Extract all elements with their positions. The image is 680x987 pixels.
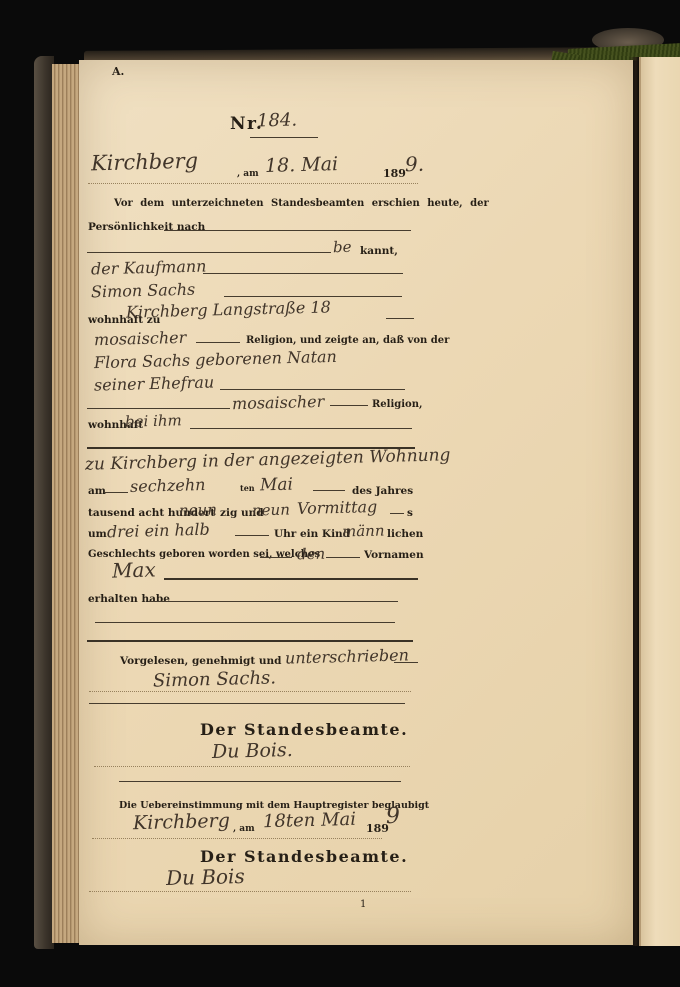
filler-dash: [235, 535, 269, 536]
entry-rule: [87, 640, 413, 642]
filler-dash: [326, 557, 360, 558]
birth-time: drei ein halb: [107, 522, 210, 541]
certification-statement: Die Uebereinstimmung mit dem Hauptregist…: [119, 801, 429, 811]
entry-rule: [119, 781, 401, 782]
declarant-address: Kirchberg Langstraße 18: [126, 299, 331, 320]
mother-name: Flora Sachs geborenen Natan: [94, 349, 337, 371]
entry-rule: [89, 703, 405, 704]
filler-dash: [260, 557, 292, 558]
declarant-religion: mosaischer: [94, 330, 187, 348]
signature-underline: [89, 691, 411, 692]
filler-dash: [394, 662, 418, 663]
facing-page-edge: [639, 57, 680, 946]
registrar-signature: Du Bois.: [212, 741, 293, 762]
bekannt-hand: be: [333, 240, 352, 255]
certification-year-digit: 9: [386, 806, 401, 828]
religion-clause-label: Religion, und zeigte an, daß von der: [246, 336, 449, 346]
header-am-label: , am: [237, 170, 259, 179]
entry-rule: [164, 578, 418, 580]
record-number-underline: [250, 137, 318, 138]
vorgelesen-label: Vorgelesen, genehmigt und: [120, 656, 281, 667]
filler-dash: [313, 490, 345, 491]
des-jahres-label: des Jahres: [352, 486, 413, 497]
entry-rule: [87, 252, 331, 253]
registry-book-photo: A. Nr. 184. Kirchberg , am 18. Mai 189 9…: [0, 0, 680, 987]
ten-label: ten: [240, 484, 255, 492]
birth-month: Mai: [260, 477, 293, 495]
unterschrieben-hand: unterschrieben: [285, 647, 409, 666]
record-number-value: 184.: [257, 111, 298, 130]
book-cover-edge: [34, 56, 54, 949]
page-number: 1: [360, 900, 366, 910]
filler-dash: [386, 318, 414, 319]
corner-mark: A.: [112, 66, 124, 77]
header-date-underline: [88, 183, 418, 184]
uhr-ein-kind-label: Uhr ein Kind: [274, 529, 350, 540]
religion-label: Religion,: [372, 400, 422, 410]
vornamen-label: Vornamen: [364, 550, 424, 561]
birth-place-line: zu Kirchberg in der angezeigten Wohnung: [85, 447, 451, 474]
certification-am-label: , am: [233, 825, 255, 834]
den-hand: den: [297, 547, 326, 563]
child-name: Max: [112, 559, 156, 580]
certification-place: Kirchberg: [133, 812, 230, 834]
birth-day: sechzehn: [130, 477, 206, 495]
certification-registrar-title: Der Standesbeamte.: [200, 849, 408, 865]
stacked-page-edges: [52, 64, 80, 943]
declarant-occupation: der Kaufmann: [91, 258, 207, 277]
header-place: Kirchberg: [91, 151, 199, 175]
filler-dash: [390, 513, 404, 514]
signature-underline: [94, 766, 410, 767]
declarant-name: Simon Sachs: [91, 282, 196, 301]
certification-date-underline: [92, 838, 382, 839]
daytime-hand: Vormittag: [297, 499, 378, 517]
intro-text: Vor dem unterzeichneten Standesbeamten e…: [114, 199, 489, 209]
filler-dash: [196, 342, 240, 343]
signature-underline: [89, 891, 411, 892]
registry-page: A. Nr. 184. Kirchberg , am 18. Mai 189 9…: [79, 60, 633, 945]
registrar-title: Der Standesbeamte.: [200, 722, 408, 738]
filler-dash: [104, 492, 128, 493]
certification-date: 18ten Mai: [263, 811, 356, 831]
entry-rule: [95, 622, 395, 623]
entry-rule: [190, 428, 412, 429]
s-suffix-label: s: [407, 508, 413, 519]
mother-relation: seiner Ehefrau: [94, 374, 215, 393]
entry-rule: [164, 230, 411, 231]
entry-rule: [220, 389, 405, 390]
lichen-label: lichen: [387, 529, 423, 540]
header-date: 18. Mai: [265, 155, 339, 176]
certification-registrar-signature: Du Bois: [166, 866, 245, 888]
entry-rule: [203, 273, 403, 274]
erhalten-label: erhalten habe: [88, 594, 170, 605]
um-label: um: [88, 529, 107, 540]
filler-dash: [330, 405, 368, 406]
kannt-label: kannt,: [360, 246, 398, 257]
mother-religion: mosaischer: [232, 394, 325, 412]
entry-rule: [148, 601, 398, 602]
year-decade-digit: neun: [179, 503, 217, 519]
year-unit-digit: neun: [252, 503, 290, 519]
entry-rule: [87, 408, 230, 409]
gender-hand: männ: [342, 523, 385, 539]
residence-note: bei ihm: [125, 413, 182, 429]
declarant-signature: Simon Sachs.: [153, 669, 276, 690]
header-year-digit: 9.: [405, 154, 425, 174]
header-year-printed: 189: [383, 168, 406, 179]
